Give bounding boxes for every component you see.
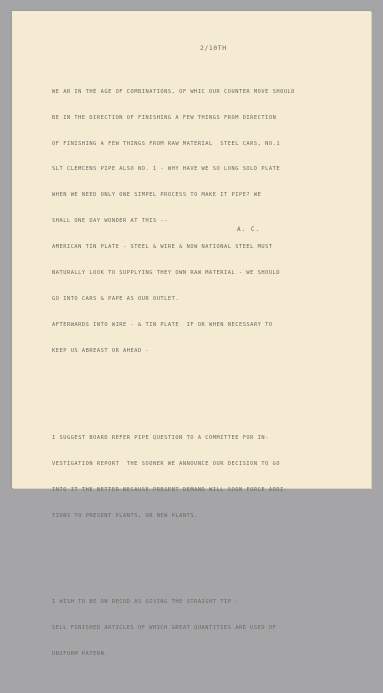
- text-line: when we need only one simpel process to …: [52, 191, 352, 200]
- text-line: slt Clemcens Pipe also No. 1 - Why have …: [52, 165, 352, 174]
- text-line: keep us abreast or ahead -: [52, 347, 352, 356]
- text-line: into it the better because present deman…: [52, 486, 352, 495]
- paragraph-gap: [52, 390, 352, 399]
- text-line: We ar in the Age of Combinations, of whi…: [52, 88, 352, 97]
- text-line: of finishing a few things from raw mater…: [52, 140, 352, 149]
- text-line: I suggest Board refer Pipe question to a…: [52, 434, 352, 443]
- text-line: vestigation report The sooner we announc…: [52, 460, 352, 469]
- date-heading: 2/10TH: [200, 44, 227, 52]
- text-line: shall one day wonder at this --: [52, 217, 352, 226]
- text-line: American Tin plate - Steel & Wire & now …: [52, 243, 352, 252]
- text-line: Afterwards into Wire - & Tin plate if or…: [52, 321, 352, 330]
- paragraph-1: We ar in the Age of Combinations, of whi…: [52, 70, 352, 373]
- text-line: go into cars & pape as our outlet.: [52, 295, 352, 304]
- document-page: 2/10TH We ar in the Age of Combinations,…: [12, 11, 371, 488]
- text-line: naturally look to supplying they own raw…: [52, 269, 352, 278]
- text-line: be in the direction of finishing a few t…: [52, 114, 352, 123]
- paragraph-2: I suggest Board refer Pipe question to a…: [52, 416, 352, 500]
- letter-body: We ar in the Age of Combinations, of whi…: [52, 53, 352, 500]
- signature-initials: A. C.: [237, 226, 260, 233]
